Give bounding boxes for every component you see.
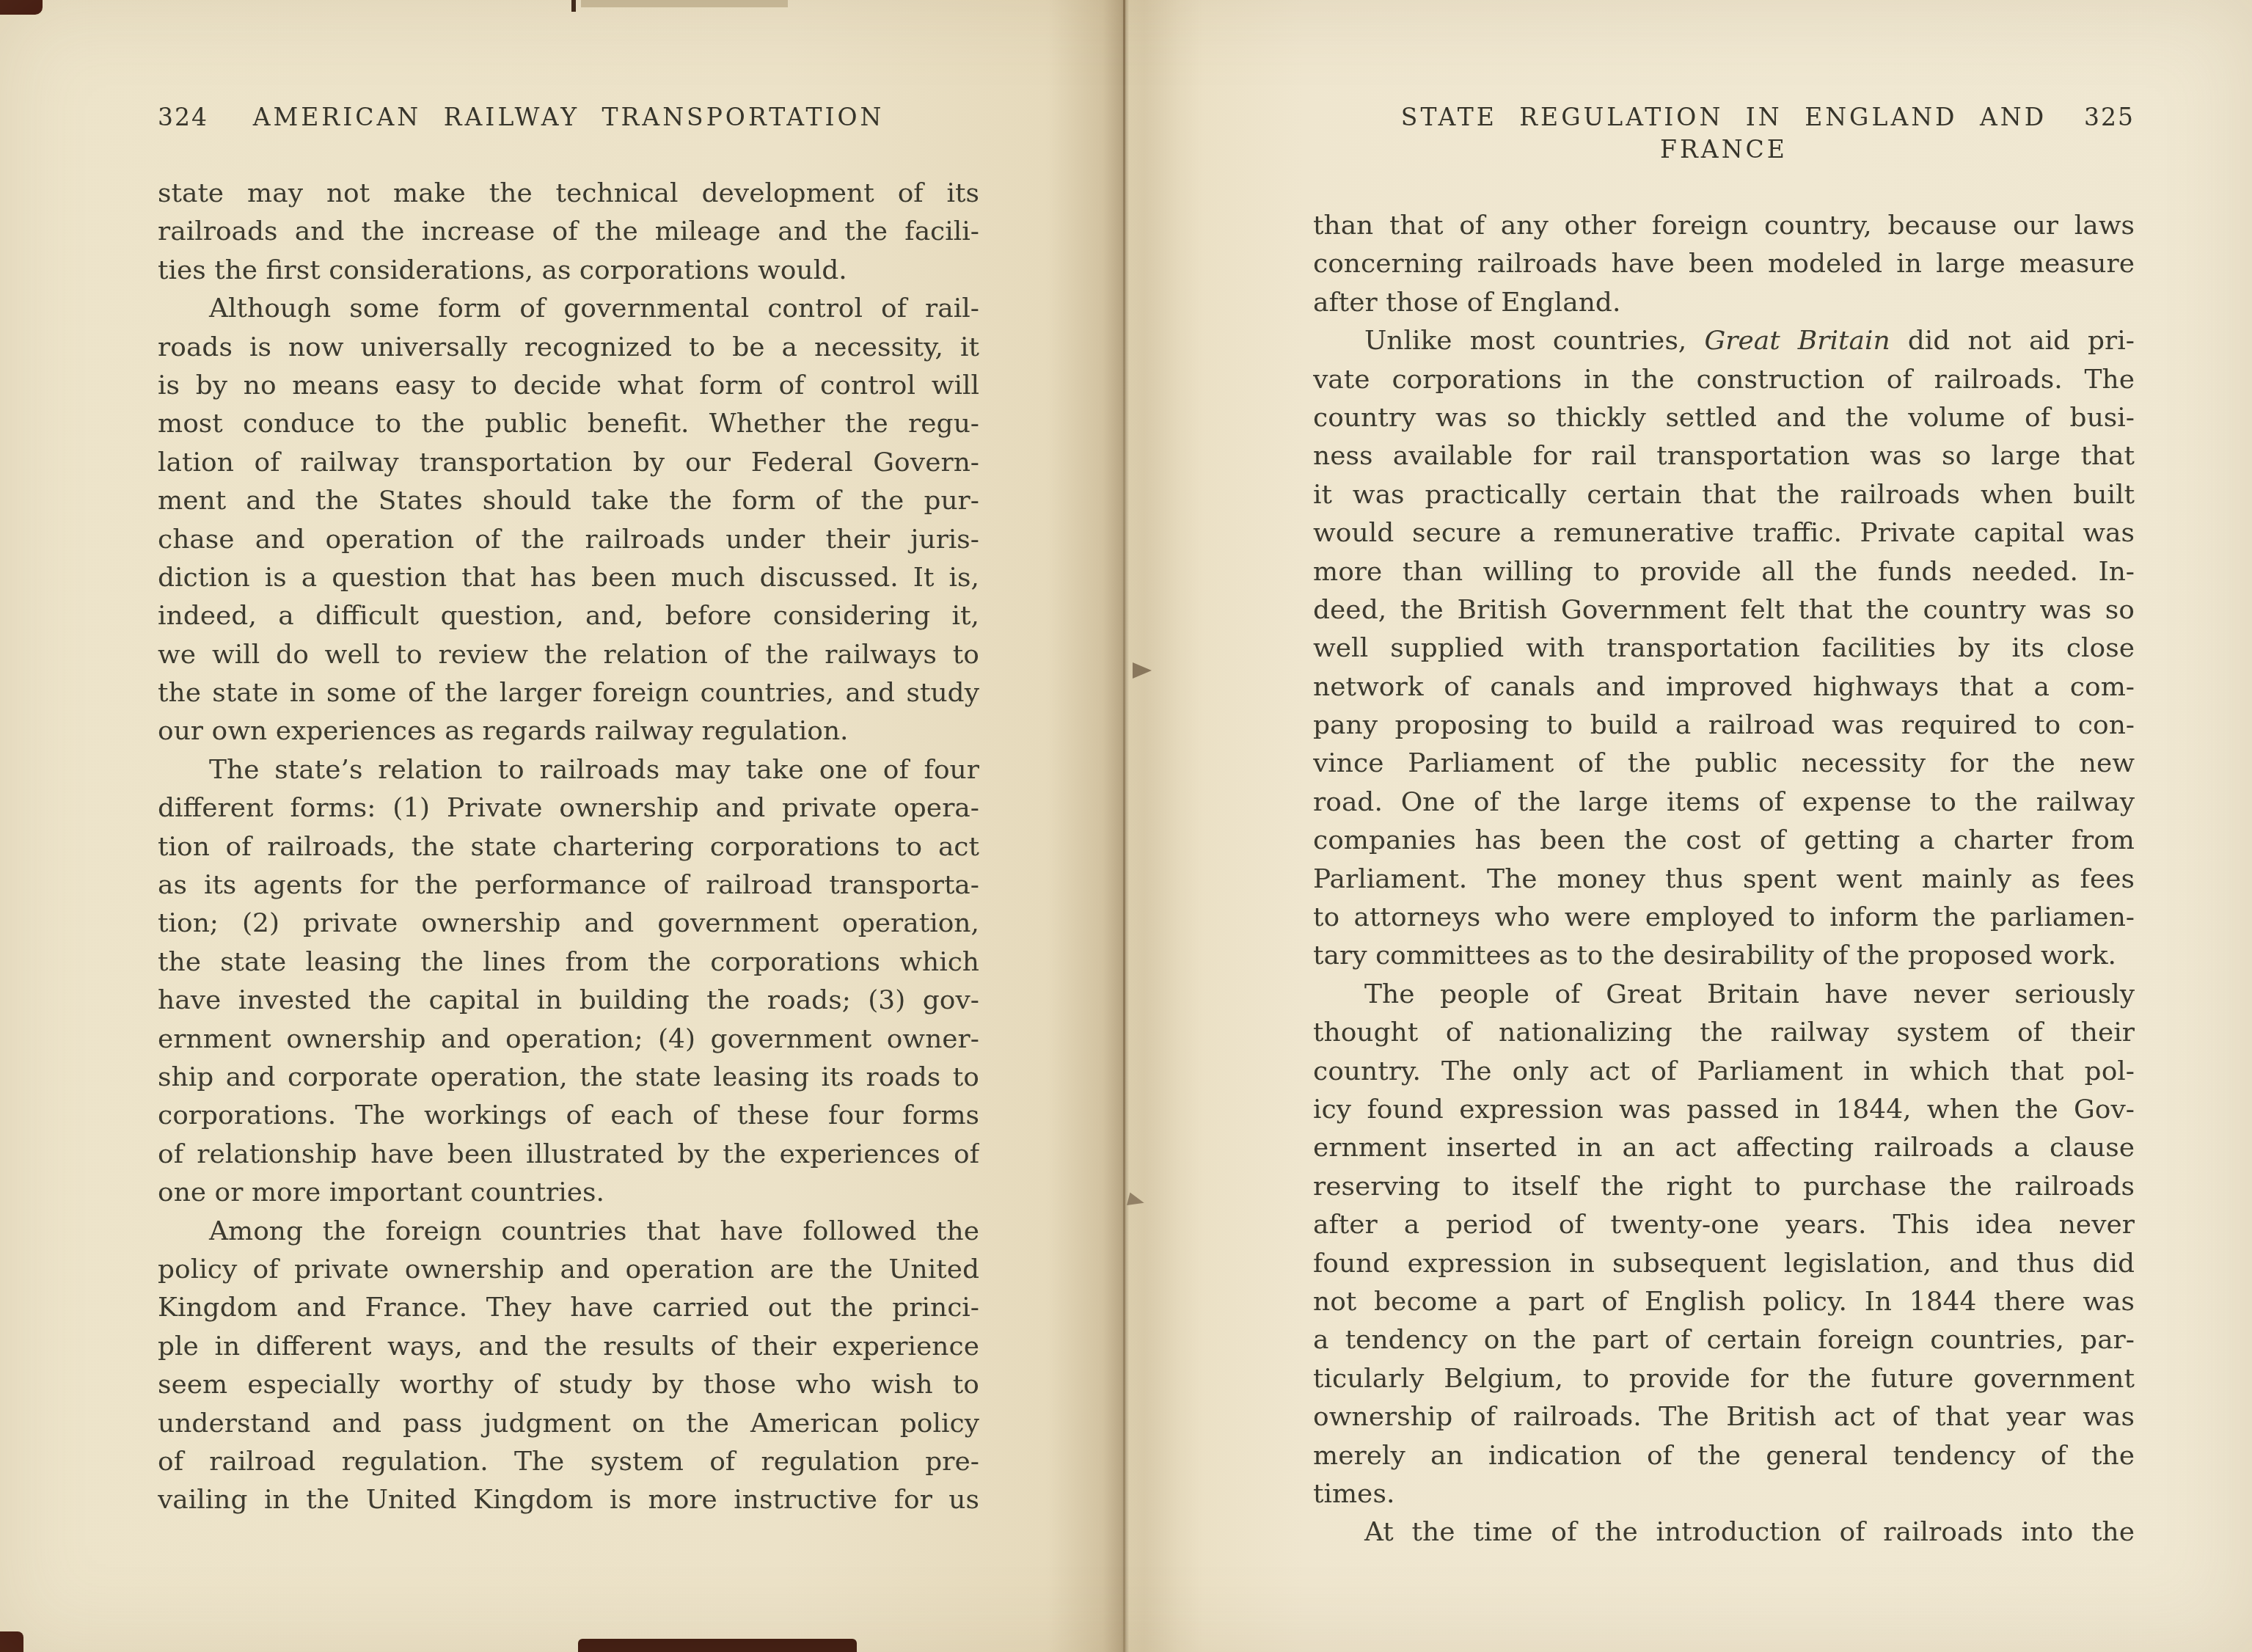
text-line: network of canals and improved highways … xyxy=(1313,668,2135,706)
text-line: different forms: (1) Private ownership a… xyxy=(158,789,979,827)
text-line: vince Parliament of the public necessity… xyxy=(1313,745,2135,783)
text-line: companies has been the cost of getting a… xyxy=(1313,822,2135,860)
text-line: corporations. The workings of each of th… xyxy=(158,1097,979,1135)
page-number-left: 324 xyxy=(158,101,238,134)
text-line: icy found expression was passed in 1844,… xyxy=(1313,1091,2135,1129)
text-line: country was so thickly settled and the v… xyxy=(1313,399,2135,437)
text-line: ple in different ways, and the results o… xyxy=(158,1328,979,1366)
text-line: lation of railway transportation by our … xyxy=(158,444,979,482)
text-line: state may not make the technical develop… xyxy=(158,175,979,213)
text-line: At the time of the introduction of railr… xyxy=(1313,1513,2135,1552)
text-column-left: 324 AMERICAN RAILWAY TRANSPORTATION stat… xyxy=(158,101,979,1520)
text-line: indeed, a difficult question, and, befor… xyxy=(158,597,979,635)
text-line: tion of railroads, the state chartering … xyxy=(158,828,979,866)
text-line: road. One of the large items of expense … xyxy=(1313,783,2135,822)
text-line: Unlike most countries, Great Britain did… xyxy=(1313,322,2135,360)
text-line: ness available for rail transportation w… xyxy=(1313,437,2135,475)
text-line: ticularly Belgium, to provide for the fu… xyxy=(1313,1360,2135,1398)
text-line: Although some form of governmental contr… xyxy=(158,290,979,328)
italic-text-segment: Great Britain xyxy=(1704,326,1890,356)
running-header-right: STATE REGULATION IN ENGLAND AND FRANCE 3… xyxy=(1313,101,2135,166)
text-line: merely an indication of the general tend… xyxy=(1313,1437,2135,1475)
text-line: of relationship have been illustrated by… xyxy=(158,1136,979,1174)
text-line: a tendency on the part of certain foreig… xyxy=(1313,1321,2135,1359)
text-line: deed, the British Government felt that t… xyxy=(1313,591,2135,629)
text-line: understand and pass judgment on the Amer… xyxy=(158,1405,979,1443)
text-line: roads is now universally recognized to b… xyxy=(158,329,979,367)
text-line: policy of private ownership and operatio… xyxy=(158,1251,979,1289)
text-line: Kingdom and France. They have carried ou… xyxy=(158,1289,979,1327)
text-line: reserving to itself the right to purchas… xyxy=(1313,1168,2135,1206)
text-line: one or more important countries. xyxy=(158,1174,979,1212)
text-line: as its agents for the performance of rai… xyxy=(158,866,979,904)
text-block-left: state may not make the technical develop… xyxy=(158,175,979,1520)
text-line: the state leasing the lines from the cor… xyxy=(158,943,979,982)
text-line: not become a part of English policy. In … xyxy=(1313,1283,2135,1321)
text-line: thought of nationalizing the railway sys… xyxy=(1313,1014,2135,1052)
text-line: ship and corporate operation, the state … xyxy=(158,1059,979,1097)
text-line: have invested the capital in building th… xyxy=(158,982,979,1020)
text-line: The state’s relation to railroads may ta… xyxy=(158,751,979,789)
text-line: well supplied with transportation facili… xyxy=(1313,629,2135,668)
text-line: country. The only act of Parliament in w… xyxy=(1313,1053,2135,1091)
text-segment: did not aid pri- xyxy=(1890,326,2135,356)
text-line: vate corporations in the construction of… xyxy=(1313,361,2135,399)
text-line: our own experiences as regards railway r… xyxy=(158,712,979,750)
text-column-right: STATE REGULATION IN ENGLAND AND FRANCE 3… xyxy=(1313,101,2135,1552)
text-line: vailing in the United Kingdom is more in… xyxy=(158,1481,979,1519)
text-line: The people of Great Britain have never s… xyxy=(1313,976,2135,1014)
text-line: railroads and the increase of the mileag… xyxy=(158,213,979,251)
text-line: seem especially worthy of study by those… xyxy=(158,1366,979,1404)
text-line: ment and the States should take the form… xyxy=(158,482,979,520)
text-line: of railroad regulation. The system of re… xyxy=(158,1443,979,1481)
text-line: is by no means easy to decide what form … xyxy=(158,367,979,405)
text-line: ernment inserted in an act affecting rai… xyxy=(1313,1129,2135,1167)
text-line: most conduce to the public benefit. Whet… xyxy=(158,405,979,443)
text-line: tion; (2) private ownership and governme… xyxy=(158,904,979,943)
text-line: concerning railroads have been modeled i… xyxy=(1313,245,2135,283)
book-scan: 324 AMERICAN RAILWAY TRANSPORTATION stat… xyxy=(0,0,2252,1652)
text-line: pany proposing to build a railroad was r… xyxy=(1313,706,2135,745)
text-line: ernment ownership and operation; (4) gov… xyxy=(158,1020,979,1059)
text-line: than that of any other foreign country, … xyxy=(1313,207,2135,245)
running-title-left: AMERICAN RAILWAY TRANSPORTATION xyxy=(238,101,899,134)
text-block-right: than that of any other foreign country, … xyxy=(1313,207,2135,1552)
page-left: 324 AMERICAN RAILWAY TRANSPORTATION stat… xyxy=(0,0,1122,1652)
text-line: found expression in subsequent legislati… xyxy=(1313,1245,2135,1283)
text-line: Among the foreign countries that have fo… xyxy=(158,1213,979,1251)
running-header-left: 324 AMERICAN RAILWAY TRANSPORTATION xyxy=(158,101,979,134)
text-line: would secure a remunerative traffic. Pri… xyxy=(1313,514,2135,552)
text-segment: Unlike most countries, xyxy=(1364,326,1704,356)
text-line: after those of England. xyxy=(1313,284,2135,322)
text-line: to attorneys who were employed to inform… xyxy=(1313,899,2135,937)
text-line: diction is a question that has been much… xyxy=(158,559,979,597)
text-line: after a period of twenty-one years. This… xyxy=(1313,1206,2135,1244)
page-right: STATE REGULATION IN ENGLAND AND FRANCE 3… xyxy=(1122,0,2252,1652)
page-number-right: 325 xyxy=(2054,101,2135,134)
text-line: ownership of railroads. The British act … xyxy=(1313,1398,2135,1436)
text-line: times. xyxy=(1313,1475,2135,1513)
text-line: we will do well to review the relation o… xyxy=(158,636,979,674)
text-line: the state in some of the larger foreign … xyxy=(158,674,979,712)
text-line: tary committees as to the desirability o… xyxy=(1313,937,2135,975)
text-line: more than willing to provide all the fun… xyxy=(1313,553,2135,591)
text-line: Parliament. The money thus spent went ma… xyxy=(1313,860,2135,899)
text-line: chase and operation of the railroads und… xyxy=(158,521,979,559)
text-line: ties the first considerations, as corpor… xyxy=(158,252,979,290)
text-line: it was practically certain that the rail… xyxy=(1313,476,2135,514)
running-title-right: STATE REGULATION IN ENGLAND AND FRANCE xyxy=(1394,101,2054,166)
